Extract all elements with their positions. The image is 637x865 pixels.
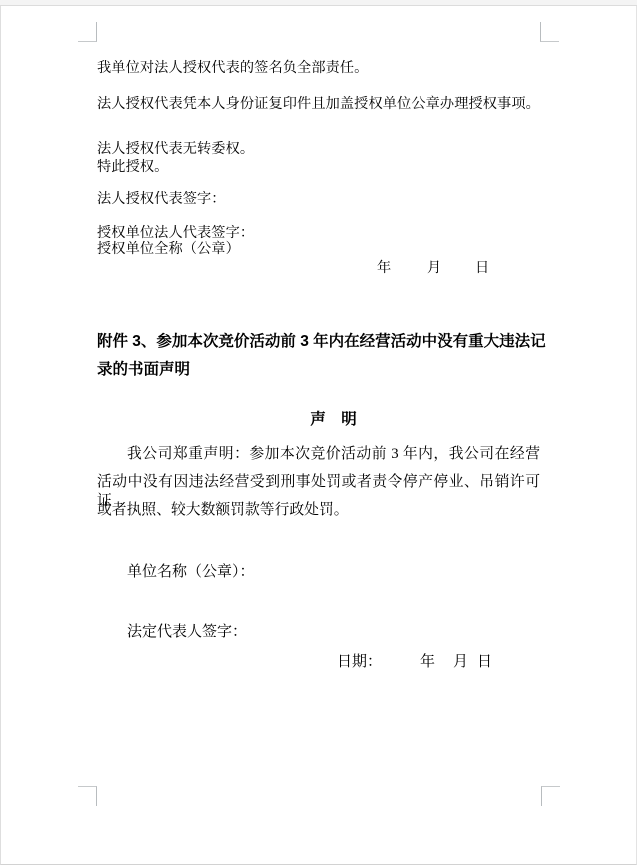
auth-date-month-label: 月 bbox=[427, 260, 441, 277]
statement-body-line3: 或者执照、较大数额罚款等行政处罚。 bbox=[97, 501, 540, 520]
statement-date-line: 日期： 年 月 日 bbox=[337, 653, 540, 671]
auth-date-line: 年 月 日 bbox=[97, 260, 540, 277]
auth-legal-rep-signature-label: 授权单位法人代表签字： bbox=[97, 225, 540, 242]
statement-date-day-label: 日 bbox=[477, 653, 492, 671]
statement-unit-name-label: 单位名称（公章）： bbox=[127, 563, 540, 581]
document-page bbox=[0, 6, 637, 865]
auth-unit-full-name-label: 授权单位全称（公章） bbox=[97, 241, 540, 258]
auth-rep-signature-label: 法人授权代表签字： bbox=[97, 191, 540, 208]
attachment-heading-line1: 附件 3、参加本次竞价活动前 3 年内在经营活动中没有重大违法记 bbox=[97, 332, 540, 352]
statement-body-line1: 我公司郑重声明：参加本次竞价活动前 3 年内，我公司在经营 bbox=[97, 445, 540, 464]
auth-date-year-label: 年 bbox=[377, 260, 391, 277]
auth-responsibility-line: 我单位对法人授权代表的签名负全部责任。 bbox=[97, 60, 540, 77]
auth-date-day-label: 日 bbox=[475, 260, 489, 277]
statement-date-label: 日期： bbox=[337, 654, 382, 670]
attachment-heading-line2: 录的书面声明 bbox=[97, 360, 540, 380]
auth-hereby-line: 特此授权。 bbox=[97, 159, 540, 176]
auth-procedure-line: 法人授权代表凭本人身份证复印件且加盖授权单位公章办理授权事项。 bbox=[97, 96, 540, 113]
document-view: 我单位对法人授权代表的签名负全部责任。 法人授权代表凭本人身份证复印件且加盖授权… bbox=[0, 0, 637, 865]
margin-mark-top-right bbox=[540, 22, 559, 42]
margin-mark-bottom-left bbox=[78, 786, 97, 806]
statement-legal-rep-signature-label: 法定代表人签字： bbox=[127, 623, 540, 641]
margin-mark-top-left bbox=[78, 22, 97, 42]
statement-title: 声 明 bbox=[97, 410, 540, 430]
statement-date-month-label: 月 bbox=[453, 653, 468, 671]
auth-no-delegation-line: 法人授权代表无转委权。 bbox=[97, 141, 540, 158]
statement-date-year-label: 年 bbox=[420, 653, 435, 671]
margin-mark-bottom-right bbox=[541, 786, 560, 806]
